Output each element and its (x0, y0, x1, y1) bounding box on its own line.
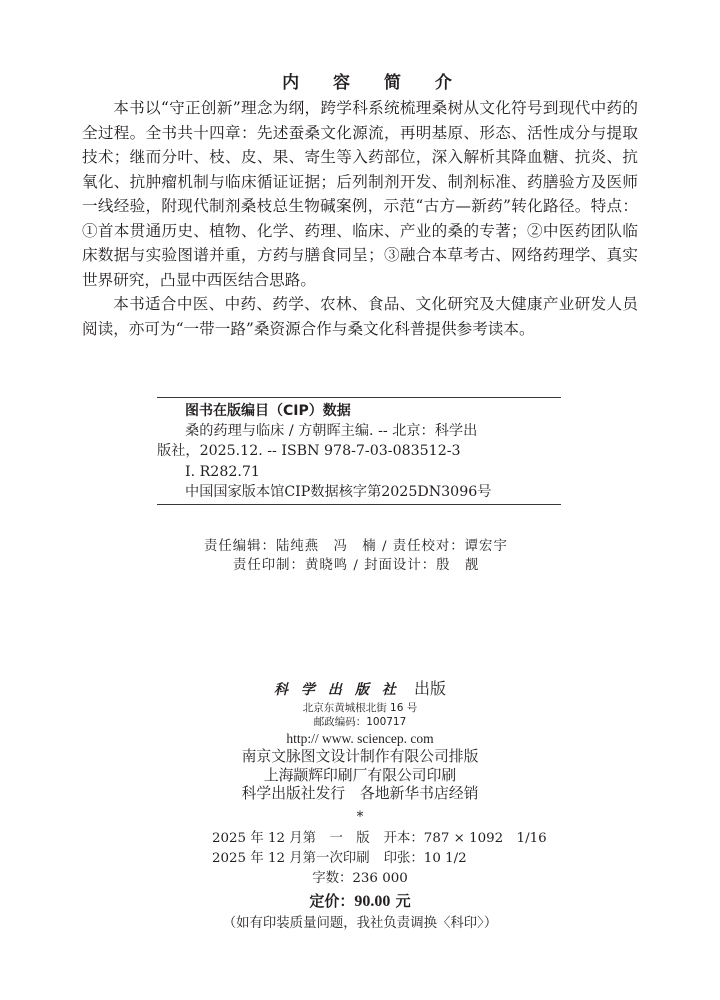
print-date: 2025 年 12 月第一次印刷 (212, 851, 370, 866)
summary-paragraph: 本书适合中医、中药、药学、农林、食品、文化研究及大健康产业研发人员阅读，亦可为“… (82, 292, 638, 341)
publisher-address: 北京东黄城根北街 16 号 (0, 701, 720, 715)
printed-sheets: 印张：10 1/2 (384, 851, 467, 866)
printer-line: 上海颛辉印刷厂有限公司印刷 (0, 767, 720, 786)
edition-date: 2025 年 12 月第 一 版 (212, 831, 370, 846)
distribution-line: 科学出版社发行 各地新华书店经销 (0, 785, 720, 804)
publisher-info: 科学出版社 出版 北京东黄城根北街 16 号 邮政编码：100717 http:… (0, 678, 720, 828)
typesetter-line: 南京文脉图文设计制作有限公司排版 (0, 748, 720, 767)
summary-body: 本书以“守正创新”理念为纲，跨学科系统梳理桑树从文化符号到现代中药的全过程。全书… (82, 96, 638, 341)
price-value: 90.00 (354, 893, 390, 910)
printing-design-line: 责任印制：黄晓鸣 / 封面设计：殷 靓 (0, 556, 720, 575)
publisher-postcode: 邮政编码：100717 (0, 715, 720, 729)
publisher-line: 科学出版社 出版 (0, 678, 720, 701)
publisher-logo: 科学出版社 (274, 682, 409, 698)
quality-note: （如有印装质量问题，我社负责调换〈科印〉） (0, 914, 720, 934)
summary-title: 内 容 简 介 (0, 68, 720, 93)
summary-paragraph: 本书以“守正创新”理念为纲，跨学科系统梳理桑树从文化符号到现代中药的全过程。全书… (82, 96, 638, 292)
edition-row: 2025 年 12 月第 一 版开本：787 × 1092 1/16 (0, 829, 720, 849)
price-unit: 元 (396, 892, 411, 910)
book-format: 开本：787 × 1092 1/16 (384, 831, 547, 846)
publisher-url[interactable]: http:// www. sciencep. com (0, 729, 720, 748)
cip-isbn-line: 版社，2025.12. -- ISBN 978-7-03-083512-3 (157, 441, 561, 461)
price-label: 定价： (309, 892, 354, 910)
print-specs: 2025 年 12 月第 一 版开本：787 × 1092 1/16 2025 … (0, 829, 720, 934)
separator-asterisk: * (0, 806, 720, 828)
price-line: 定价：90.00 元 (0, 889, 720, 914)
editors-line: 责任编辑：陆纯燕 冯 楠 / 责任校对：谭宏宇 (0, 537, 720, 556)
responsible-staff: 责任编辑：陆纯燕 冯 楠 / 责任校对：谭宏宇 责任印制：黄晓鸣 / 封面设计：… (0, 537, 720, 575)
cip-data-block: 图书在版编目（CIP）数据 桑的药理与临床 / 方朝晖主编. -- 北京：科学出… (157, 397, 561, 505)
cip-verification-number: 中国国家版本馆CIP数据核字第2025DN3096号 (157, 482, 561, 502)
word-count: 字数：236 000 (0, 869, 720, 889)
cip-heading: 图书在版编目（CIP）数据 (157, 401, 561, 421)
cip-title-line: 桑的药理与临床 / 方朝晖主编. -- 北京：科学出 (157, 421, 561, 441)
publisher-suffix: 出版 (414, 679, 446, 698)
cip-classification: Ⅰ. R282.71 (157, 462, 561, 482)
printing-row: 2025 年 12 月第一次印刷印张：10 1/2 (0, 849, 720, 869)
